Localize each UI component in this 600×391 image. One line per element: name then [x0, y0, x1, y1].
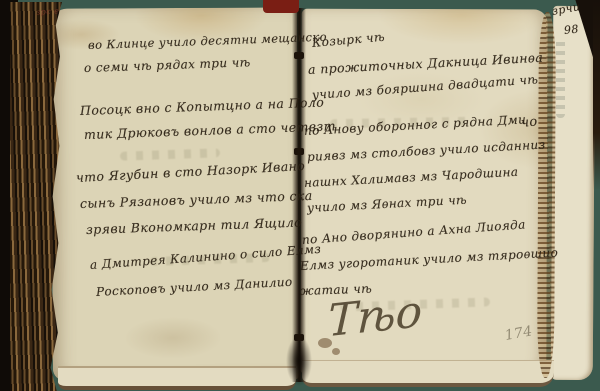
left-page-bottom-edge — [58, 366, 296, 390]
left-corner-mark: зрс е — [36, 6, 60, 17]
binding-stitch — [294, 52, 304, 59]
manuscript-photo: зрс е зрчи 98 во Клинце учило десятни ме… — [0, 0, 600, 391]
right-cover-strip — [593, 0, 600, 190]
flourish-mark: Тѣо — [327, 286, 423, 347]
foxing-spot — [332, 348, 340, 355]
bookmark-tab — [263, 0, 299, 13]
gutter-shadow — [286, 336, 312, 386]
right-page-bottom-edge — [302, 360, 554, 387]
binding-stitch — [294, 148, 304, 155]
illegible-margin-stamp — [556, 38, 565, 118]
binding-stitch — [294, 334, 304, 341]
fore-edge — [537, 12, 556, 378]
folio-number: 98 — [563, 22, 579, 36]
